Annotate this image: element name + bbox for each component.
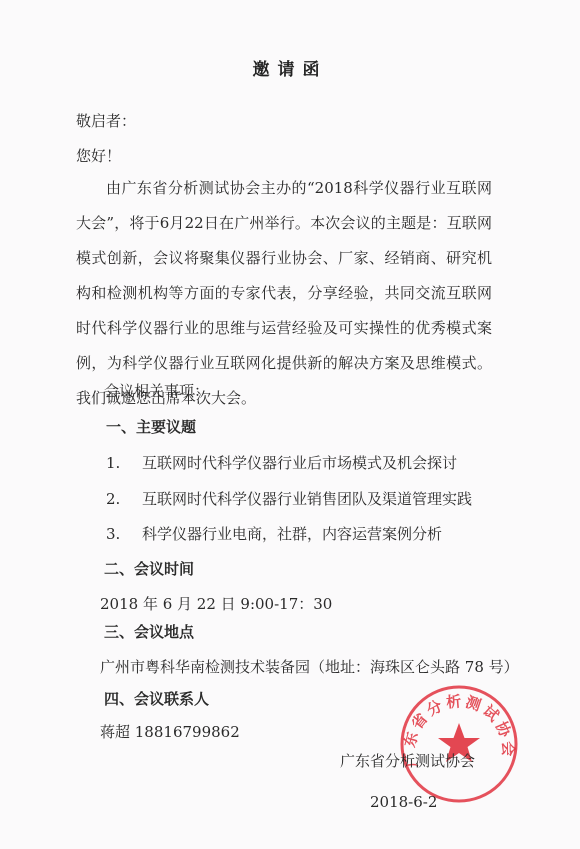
agenda-item-text: 互联网时代科学仪器行业销售团队及渠道管理实践 bbox=[142, 490, 472, 508]
salutation: 敬启者： bbox=[76, 112, 136, 130]
agenda-item-text: 科学仪器行业电商，社群，内容运营案例分析 bbox=[142, 525, 442, 543]
section-heading-contact: 四、会议联系人 bbox=[104, 690, 209, 708]
body-paragraph: 由广东省分析测试协会主办的“2018科学仪器行业互联网大会”，将于6月22日在广… bbox=[76, 171, 492, 416]
section-heading-location: 三、会议地点 bbox=[104, 623, 194, 641]
section-heading-time: 二、会议时间 bbox=[104, 560, 194, 578]
agenda-item-number: 3. bbox=[106, 525, 142, 543]
meeting-location: 广州市粤科华南检测技术装备园（地址：海珠区仑头路 78 号） bbox=[100, 658, 519, 676]
matters-label: 会议相关事项： bbox=[104, 382, 209, 400]
agenda-item: 2.互联网时代科学仪器行业销售团队及渠道管理实践 bbox=[106, 490, 472, 508]
greeting: 您好！ bbox=[76, 147, 121, 165]
agenda-item-text: 互联网时代科学仪器行业后市场模式及机会探讨 bbox=[142, 454, 457, 472]
agenda-item: 3.科学仪器行业电商，社群，内容运营案例分析 bbox=[106, 525, 442, 543]
agenda-item: 1.互联网时代科学仪器行业后市场模式及机会探讨 bbox=[106, 454, 457, 472]
contact-info: 蒋超 18816799862 bbox=[100, 723, 240, 741]
agenda-item-number: 1. bbox=[106, 454, 142, 472]
meeting-time: 2018 年 6 月 22 日 9:00-17：30 bbox=[100, 595, 332, 613]
section-heading-topics: 一、主要议题 bbox=[106, 418, 196, 436]
invitation-letter: 邀请函 敬启者： 您好！ 由广东省分析测试协会主办的“2018科学仪器行业互联网… bbox=[0, 0, 580, 849]
signature-date: 2018-6-2 bbox=[370, 793, 437, 811]
official-seal-icon: 广东省分析测试协会 bbox=[398, 683, 520, 805]
document-title: 邀请函 bbox=[0, 55, 580, 80]
signature-organization: 广东省分析测试协会 bbox=[340, 750, 475, 771]
agenda-item-number: 2. bbox=[106, 490, 142, 508]
